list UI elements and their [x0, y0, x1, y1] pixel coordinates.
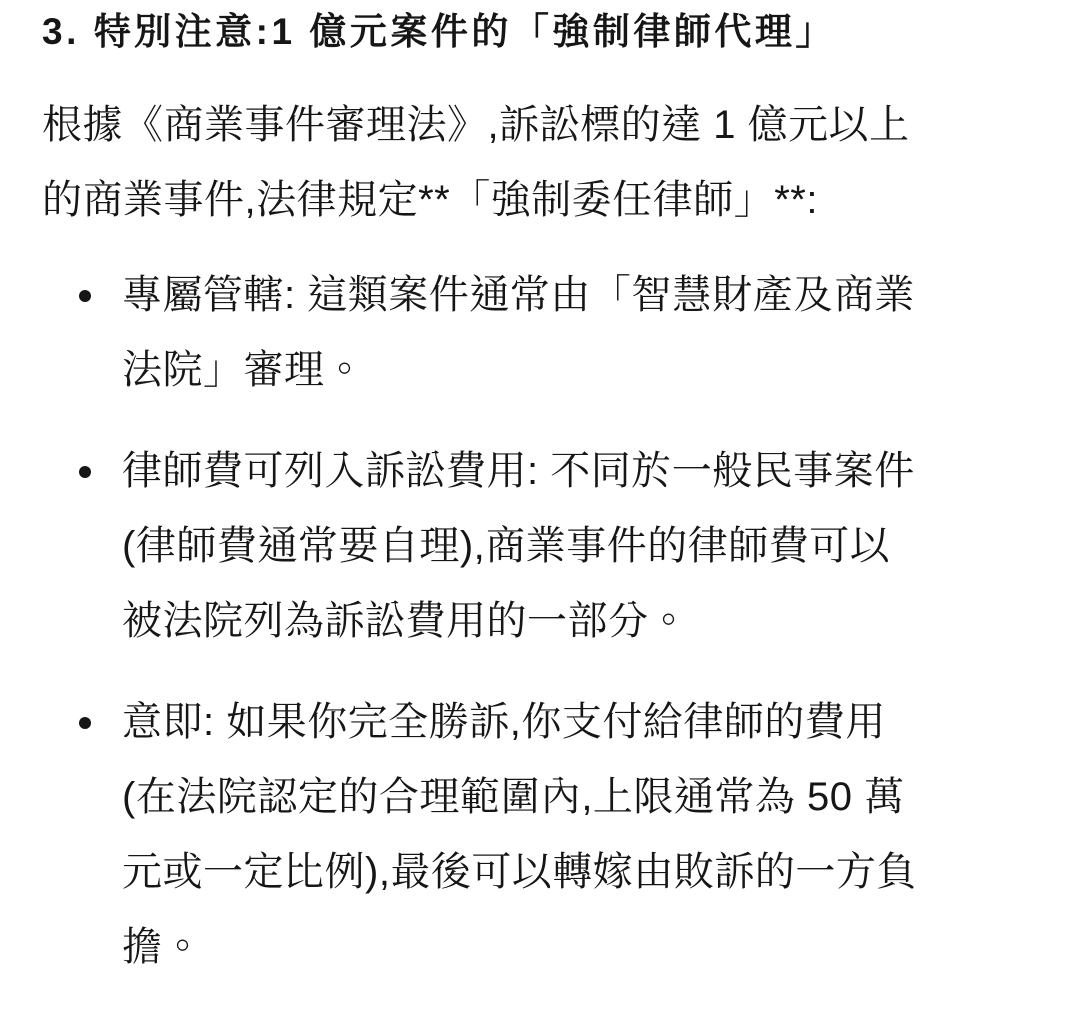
bullet-list: 專屬管轄: 這類案件通常由「智慧財產及商業 法院」審理。 律師費可列入訴訟費用:…	[42, 258, 1042, 985]
list-item-line: 擔。	[122, 910, 1042, 985]
list-item: 律師費可列入訴訟費用: 不同於一般民事案件 (律師費通常要自理),商業事件的律師…	[42, 434, 1042, 659]
list-item-line: 元或一定比例),最後可以轉嫁由敗訴的一方負	[122, 835, 1042, 910]
bullet-icon	[79, 290, 91, 302]
bullet-icon	[79, 466, 91, 478]
list-item: 意即: 如果你完全勝訴,你支付給律師的費用 (在法院認定的合理範圍內,上限通常為…	[42, 685, 1042, 985]
list-item-line: 被法院列為訴訟費用的一部分。	[122, 584, 1042, 659]
list-item-line: 意即: 如果你完全勝訴,你支付給律師的費用	[122, 685, 1042, 760]
paragraph-line: 根據《商業事件審理法》,訴訟標的達 1 億元以上	[42, 103, 910, 147]
document-content: 3. 特別注意:1 億元案件的「強制律師代理」 根據《商業事件審理法》,訴訟標的…	[0, 0, 1080, 985]
section-heading: 3. 特別注意:1 億元案件的「強制律師代理」	[42, 6, 1042, 58]
bullet-icon	[79, 717, 91, 729]
list-item: 專屬管轄: 這類案件通常由「智慧財產及商業 法院」審理。	[42, 258, 1042, 408]
list-item-line: 律師費可列入訴訟費用: 不同於一般民事案件	[122, 434, 1042, 509]
list-item-line: 法院」審理。	[122, 333, 1042, 408]
list-item-line: (在法院認定的合理範圍內,上限通常為 50 萬	[122, 760, 1042, 835]
document-page: 3. 特別注意:1 億元案件的「強制律師代理」 根據《商業事件審理法》,訴訟標的…	[0, 0, 1080, 1018]
intro-paragraph: 根據《商業事件審理法》,訴訟標的達 1 億元以上 的商業事件,法律規定**「強制…	[42, 88, 1042, 238]
list-item-line: 專屬管轄: 這類案件通常由「智慧財產及商業	[122, 258, 1042, 333]
list-item-line: (律師費通常要自理),商業事件的律師費可以	[122, 509, 1042, 584]
paragraph-line: 的商業事件,法律規定**「強制委任律師」**:	[42, 178, 818, 222]
